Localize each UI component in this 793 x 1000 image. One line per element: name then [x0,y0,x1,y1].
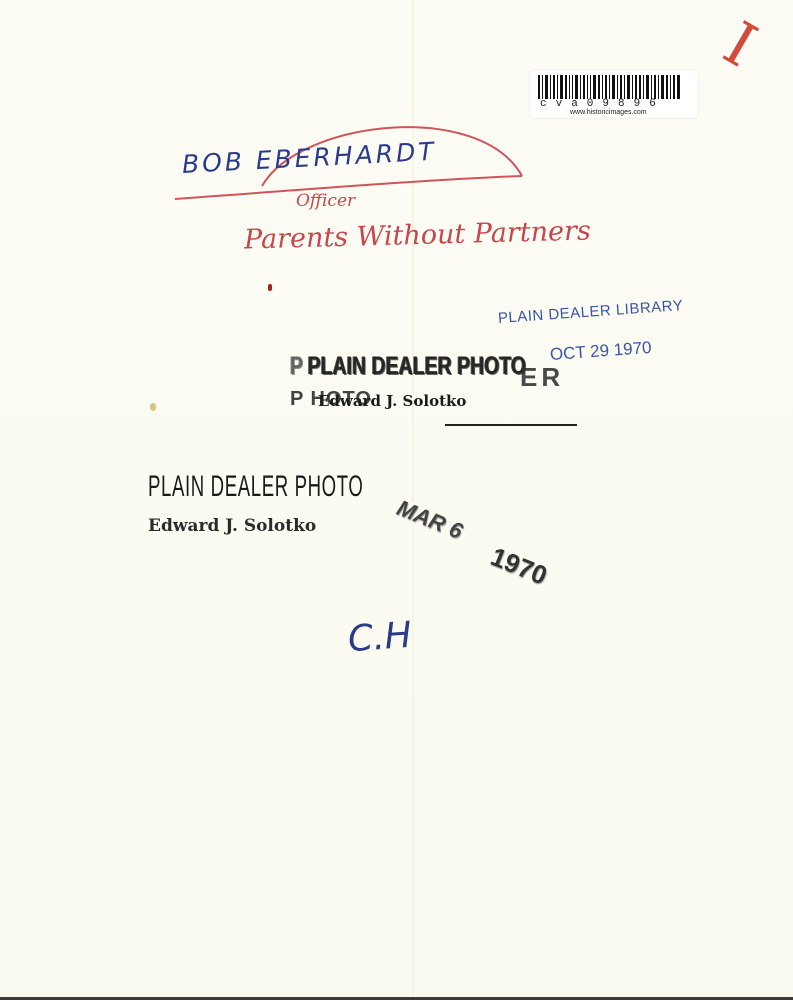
handwritten-initials: C.H [347,615,413,660]
photo-credit-title: PLAIN DEALER PHOTO [148,470,363,504]
double-stamp-photographer: Edward J. Solotko [318,392,466,410]
double-stamp-ghost-prefix: P [290,352,303,380]
barcode-label: cva09896 www.historicimages.com [530,70,698,118]
stamp-underline [445,424,577,426]
handwritten-title: Officer [296,191,355,211]
photo-credit-photographer: Edward J. Solotko [148,516,316,536]
paper-stain [150,403,156,411]
double-stamp-line1: PPLAIN DEALER PHOTO [290,352,526,381]
ink-dot [268,284,272,291]
barcode-url: www.historicimages.com [570,109,647,116]
barcode-bars [538,75,690,99]
double-stamp-ghost-suffix: ER [520,362,564,393]
double-stamp-text: PLAIN DEALER PHOTO [308,352,526,380]
